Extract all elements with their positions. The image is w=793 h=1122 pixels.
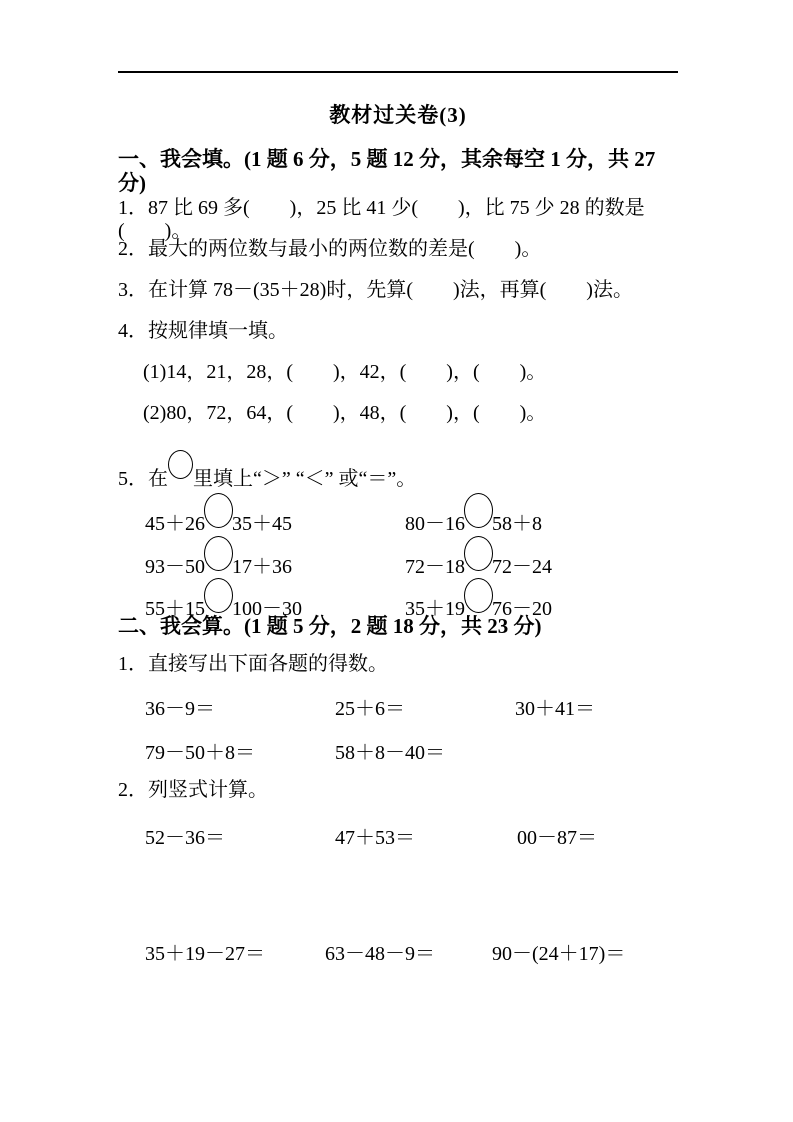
answer-circle <box>204 536 233 571</box>
question-5: 5．在里填上“＞” “＜” 或“＝”。 <box>118 450 678 491</box>
question-4-item-2: (2)80，72，64，( )，48，( )，( )。 <box>143 402 678 425</box>
math-expression: 79－50＋8＝ <box>145 742 255 765</box>
answer-circle <box>464 493 493 528</box>
section2-question-1: 1．直接写出下面各题的得数。 <box>118 653 678 676</box>
comparison-row-2: 93－5017＋36 72－1872－24 <box>0 536 793 578</box>
answer-circle <box>204 578 233 613</box>
section2-heading: 二、我会算。(1 题 5 分，2 题 18 分，共 23 分) <box>118 614 678 638</box>
mental-math-row-2: 79－50＋8＝ 58＋8－40＝ <box>0 742 793 784</box>
math-expression: 90－(24＋17)＝ <box>492 943 625 966</box>
expression-right: 35＋45 <box>232 513 292 535</box>
answer-circle <box>464 578 493 613</box>
question-4: 4．按规律填一填。 <box>118 320 678 343</box>
column-calc-row-2: 35＋19－27＝ 63－48－9＝ 90－(24＋17)＝ <box>0 943 793 985</box>
math-expression: 36－9＝ <box>145 698 215 721</box>
section1-heading: 一、我会填。(1 题 6 分，5 题 12 分，其余每空 1 分，共 27 分) <box>118 147 678 195</box>
expression-right: 58＋8 <box>492 513 542 535</box>
question-2: 2．最大的两位数与最小的两位数的差是( )。 <box>118 238 678 261</box>
mental-math-row-1: 36－9＝ 25＋6＝ 30＋41＝ <box>0 698 793 740</box>
question-5-suffix: 里填上“＞” “＜” 或“＝”。 <box>193 468 416 490</box>
expression-right: 17＋36 <box>232 556 292 578</box>
math-expression: 00－87＝ <box>517 827 597 850</box>
question-5-prefix: 5．在 <box>118 468 168 490</box>
answer-circle <box>464 536 493 571</box>
page-title: 教材过关卷(3) <box>118 103 678 127</box>
question-4-item-1: (1)14，21，28，( )，42，( )，( )。 <box>143 361 678 384</box>
math-expression: 52－36＝ <box>145 827 225 850</box>
math-expression: 30＋41＝ <box>515 698 595 721</box>
math-expression: 35＋19－27＝ <box>145 943 265 966</box>
header-rule <box>118 71 678 73</box>
answer-circle <box>168 450 193 479</box>
comparison-item: 45＋2635＋45 <box>145 493 292 536</box>
expression-right: 72－24 <box>492 556 552 578</box>
math-expression: 58＋8－40＝ <box>335 742 445 765</box>
expression-left: 80－16 <box>405 513 465 535</box>
worksheet-page: 教材过关卷(3) 一、我会填。(1 题 6 分，5 题 12 分，其余每空 1 … <box>0 0 793 1122</box>
comparison-row-1: 45＋2635＋45 80－1658＋8 <box>0 493 793 535</box>
math-expression: 63－48－9＝ <box>325 943 435 966</box>
comparison-item: 80－1658＋8 <box>405 493 542 536</box>
answer-circle <box>204 493 233 528</box>
expression-left: 72－18 <box>405 556 465 578</box>
math-expression: 47＋53＝ <box>335 827 415 850</box>
expression-left: 93－50 <box>145 556 205 578</box>
comparison-item: 72－1872－24 <box>405 536 552 579</box>
column-calc-row-1: 52－36＝ 47＋53＝ 00－87＝ <box>0 827 793 869</box>
expression-left: 45＋26 <box>145 513 205 535</box>
question-1: 1．87 比 69 多( )，25 比 41 少( )，比 75 少 28 的数… <box>118 197 678 243</box>
math-expression: 25＋6＝ <box>335 698 405 721</box>
question-3: 3．在计算 78－(35＋28)时，先算( )法，再算( )法。 <box>118 279 678 302</box>
comparison-item: 93－5017＋36 <box>145 536 292 579</box>
section2-question-2: 2．列竖式计算。 <box>118 779 678 802</box>
